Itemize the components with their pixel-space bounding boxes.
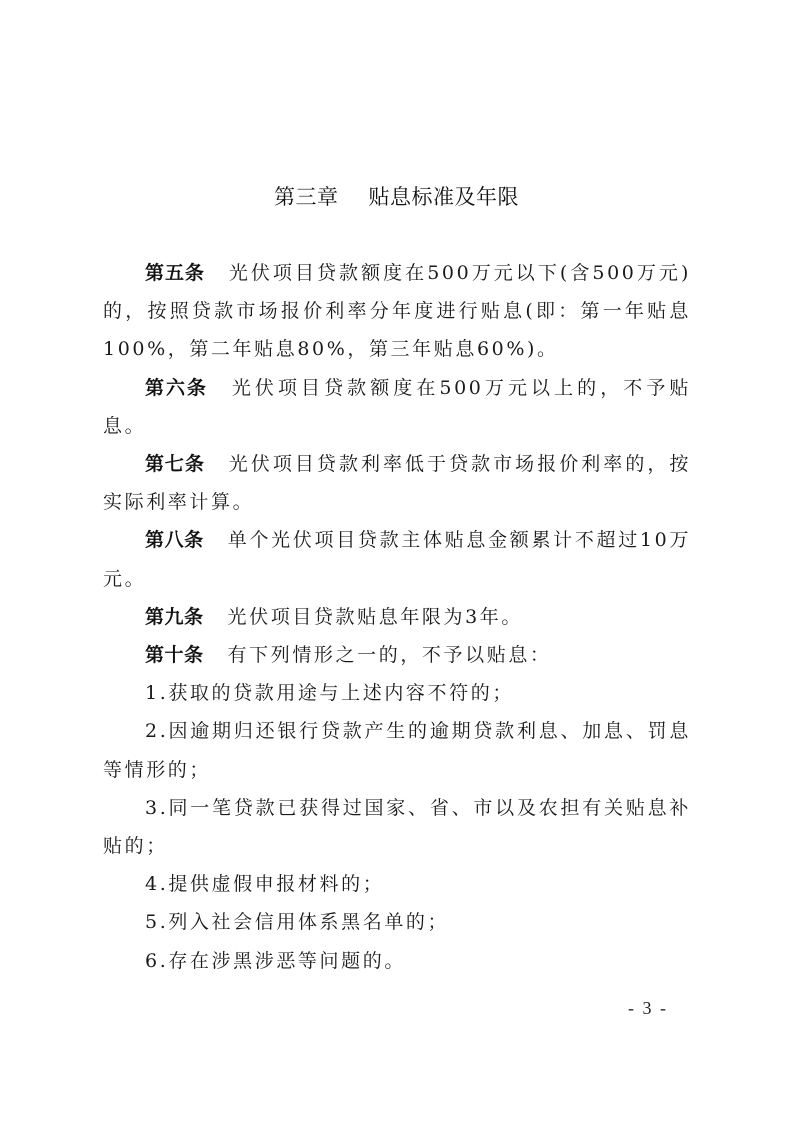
- condition-item: 4.提供虚假申报材料的；: [103, 865, 691, 903]
- condition-item: 5.列入社会信用体系黑名单的；: [103, 903, 691, 941]
- article-label: 第六条: [145, 377, 208, 399]
- chapter-title: 贴息标准及年限: [369, 185, 520, 209]
- article-10: 第十条有下列情形之一的，不予以贴息：: [103, 636, 691, 674]
- article-label: 第八条: [145, 529, 204, 551]
- document-body: 第五条光伏项目贷款额度在500万元以下(含500万元)的，按照贷款市场报价利率分…: [103, 254, 691, 980]
- article-label: 第十条: [145, 644, 204, 666]
- article-8: 第八条单个光伏项目贷款主体贴息金额累计不超过10万元。: [103, 521, 691, 597]
- condition-item: 1.获取的贷款用途与上述内容不符的；: [103, 674, 691, 712]
- article-text: 光伏项目贷款贴息年限为3年。: [228, 606, 524, 628]
- article-label: 第五条: [145, 262, 205, 284]
- article-7: 第七条光伏项目贷款利率低于贷款市场报价利率的，按实际利率计算。: [103, 445, 691, 521]
- article-label: 第七条: [145, 453, 205, 475]
- article-label: 第九条: [145, 606, 204, 628]
- article-5: 第五条光伏项目贷款额度在500万元以下(含500万元)的，按照贷款市场报价利率分…: [103, 254, 691, 369]
- article-6: 第六条光伏项目贷款额度在500万元以上的，不予贴息。: [103, 369, 691, 445]
- condition-item: 6.存在涉黑涉恶等问题的。: [103, 942, 691, 980]
- article-9: 第九条光伏项目贷款贴息年限为3年。: [103, 598, 691, 636]
- chapter-number: 第三章: [274, 185, 339, 209]
- page-number: - 3 -: [628, 998, 668, 1019]
- chapter-heading: 第三章贴息标准及年限: [0, 181, 793, 211]
- condition-item: 2.因逾期归还银行贷款产生的逾期贷款利息、加息、罚息等情形的；: [103, 712, 691, 788]
- condition-item: 3.同一笔贷款已获得过国家、省、市以及农担有关贴息补贴的；: [103, 789, 691, 865]
- document-page: 第三章贴息标准及年限 第五条光伏项目贷款额度在500万元以下(含500万元)的，…: [0, 0, 793, 1122]
- article-text: 有下列情形之一的，不予以贴息：: [228, 644, 552, 666]
